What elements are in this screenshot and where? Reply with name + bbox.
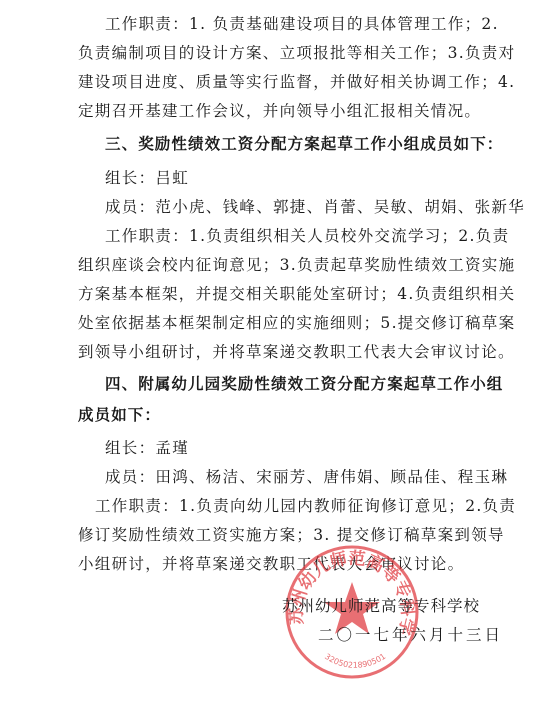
- section2-duties-line-1: 工作职责：1. 负责基础建设项目的具体管理工作；2.: [105, 14, 499, 34]
- section3-duties-line-3: 方案基本框架，并提交相关职能处室研讨；4.负责组织相关: [78, 284, 515, 304]
- document-page: 工作职责：1. 负责基础建设项目的具体管理工作；2. 负责编制项目的设计方案、立…: [0, 0, 539, 714]
- seal-code: 3205021890501: [323, 652, 387, 670]
- section4-leader: 组长：孟瑾: [105, 438, 189, 458]
- section3-duties-line-2: 组织座谈会校内征询意见；3.负责起草奖励性绩效工资实施: [78, 255, 515, 275]
- section3-duties-line-1: 工作职责：1.负责组织相关人员校外交流学习；2.负责: [105, 226, 509, 246]
- section3-leader: 组长：吕虹: [105, 168, 189, 188]
- section2-duties-line-2: 负责编制项目的设计方案、立项报批等相关工作；3.负责对: [78, 43, 515, 63]
- section3-duties-line-5: 到领导小组研讨，并将草案递交教职工代表大会审议讨论。: [78, 342, 515, 362]
- section3-heading: 三、奖励性绩效工资分配方案起草工作小组成员如下：: [105, 134, 503, 154]
- signature-organization: 苏州幼儿师范高等专科学校: [282, 596, 480, 616]
- section2-duties-line-4: 定期召开基建工作会议，并向领导小组汇报相关情况。: [78, 101, 481, 121]
- section4-members: 成员：田鸿、杨洁、宋丽芳、唐伟娟、顾品佳、程玉琳: [105, 467, 508, 487]
- svg-text:3205021890501: 3205021890501: [323, 652, 387, 670]
- section2-duties-line-3: 建设项目进度、质量等实行监督，并做好相关协调工作；4.: [78, 72, 515, 92]
- section4-heading-line-1: 四、附属幼儿园奖励性绩效工资分配方案起草工作小组: [105, 374, 503, 394]
- section3-duties-line-4: 处室依据基本框架制定相应的实施细则；5.提交修订稿草案: [78, 313, 515, 333]
- section4-duties-line-1: 工作职责：1.负责向幼儿园内教师征询修订意见；2.负责: [95, 496, 516, 516]
- signature-date: 二〇一七年六月十三日: [318, 625, 503, 645]
- section4-duties-line-2: 修订奖励性绩效工资实施方案；3. 提交修订稿草案到领导: [78, 525, 505, 545]
- section4-heading-line-2: 成员如下：: [78, 405, 161, 425]
- section3-members: 成员：范小虎、钱峰、郭捷、肖蕾、吴敏、胡娟、张新华: [105, 197, 525, 217]
